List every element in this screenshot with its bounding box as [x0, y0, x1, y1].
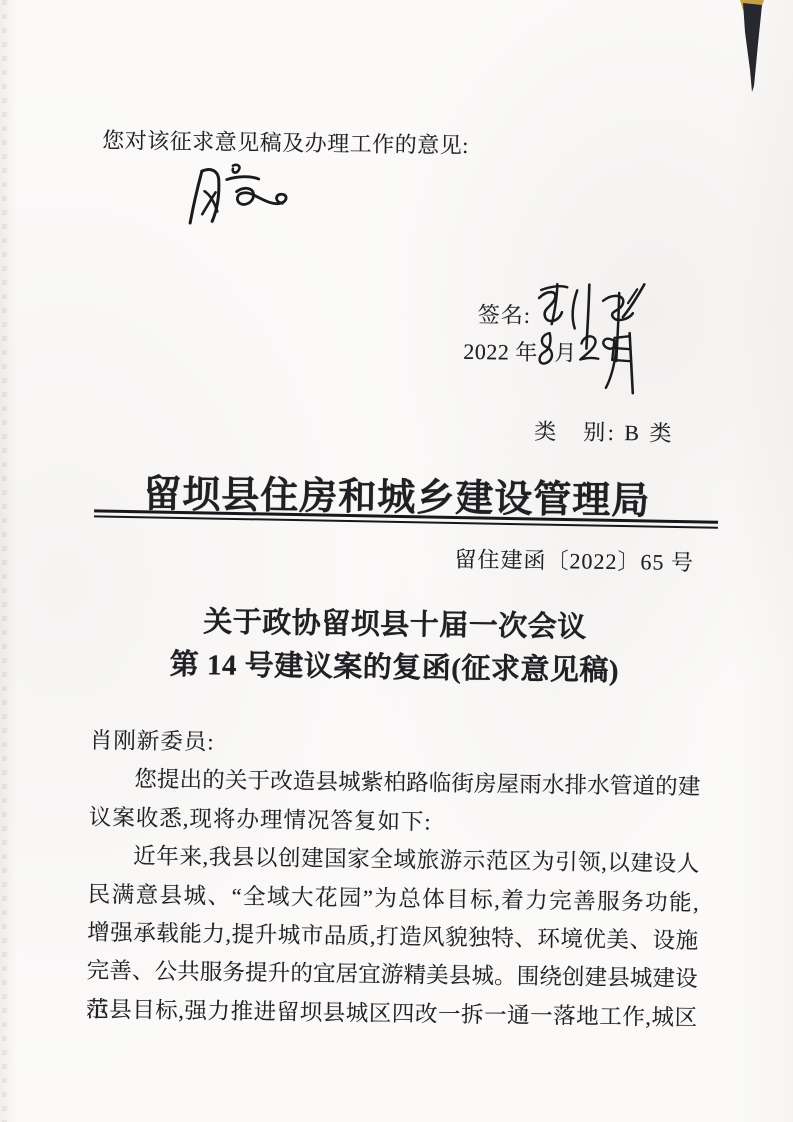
- opinion-prompt: 您对该征求意见稿及办理工作的意见:: [102, 124, 469, 160]
- body-line: 范县目标,强力推进留坝县城区四改一拆一通一落地工作,城区: [86, 990, 697, 1037]
- category-line: 类 别: B 类: [534, 415, 674, 448]
- signature-label: 签名:: [478, 298, 532, 330]
- doc-number: 留住建函〔2022〕65 号: [454, 543, 694, 577]
- date-year: 2022 年: [463, 335, 538, 367]
- subject-line-2: 第 14 号建议案的复函(征求意见稿): [0, 639, 791, 691]
- date-month-char: 月: [554, 336, 576, 367]
- handwritten-approval: [184, 157, 305, 234]
- scanned-letter-page: 您对该征求意见稿及办理工作的意见: 同意 签名: 胡刚新: [0, 0, 793, 1122]
- letter-body: 肖刚新委员: 您提出的关于改造县城紫柏路临街房屋雨水排水管道的建 议案收悉,现将…: [86, 722, 701, 1038]
- letter-content: 您对该征求意见稿及办理工作的意见: 同意 签名: 胡刚新: [0, 0, 793, 1122]
- handwritten-day-char: [606, 333, 639, 397]
